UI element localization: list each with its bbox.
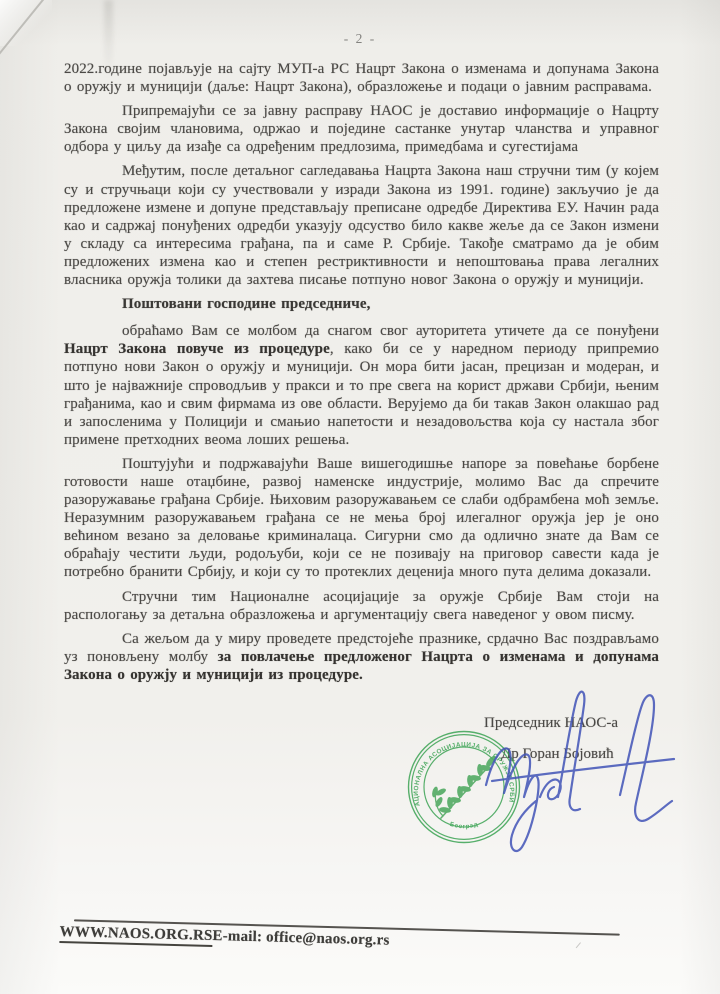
paragraph-review: Међутим, после детаљног сагледавања Нацр… bbox=[64, 162, 659, 289]
letter-body: 2022.године појављује на сајту МУП-а РС … bbox=[64, 60, 659, 690]
paragraph-intro: 2022.године појављује на сајту МУП-а РС … bbox=[64, 60, 659, 96]
website-text: WWW.NAOS.ORG.RS bbox=[59, 924, 212, 947]
email-text: office@naos.org.rs bbox=[262, 929, 390, 948]
page-number: - 2 - bbox=[0, 31, 720, 47]
salutation-heading: Поштовани господине председниче, bbox=[64, 295, 659, 313]
paragraph-respect: Поштујући и подржавајући Ваше вишегодишњ… bbox=[64, 455, 659, 582]
footer-contact-line: WWW.NAOS.ORG.RSE-mail: office@naos.org.r… bbox=[59, 924, 659, 957]
scanned-letter-page: - 2 - 2022.године појављује на сајту МУП… bbox=[0, 0, 720, 994]
letter-footer: WWW.NAOS.ORG.RSE-mail: office@naos.org.r… bbox=[59, 919, 659, 957]
paragraph-closing: Са жељом да у миру проведете предстојеће… bbox=[64, 630, 659, 684]
handwritten-signature bbox=[470, 685, 696, 863]
email-label: E-mail: bbox=[212, 928, 262, 945]
request-pre-text: обраћамо Вам се молбом да снагом свог ау… bbox=[122, 323, 659, 339]
request-bold-phrase: Нацрт Закона повуче из процедуре bbox=[64, 341, 330, 357]
paragraph-preparation: Припремајући се за јавну расправу НАОС ј… bbox=[64, 102, 659, 156]
paragraph-request: обраћамо Вам се молбом да снагом свог ау… bbox=[64, 322, 659, 449]
paragraph-expert-team: Стручни тим Националне асоцијације за ор… bbox=[64, 588, 659, 624]
